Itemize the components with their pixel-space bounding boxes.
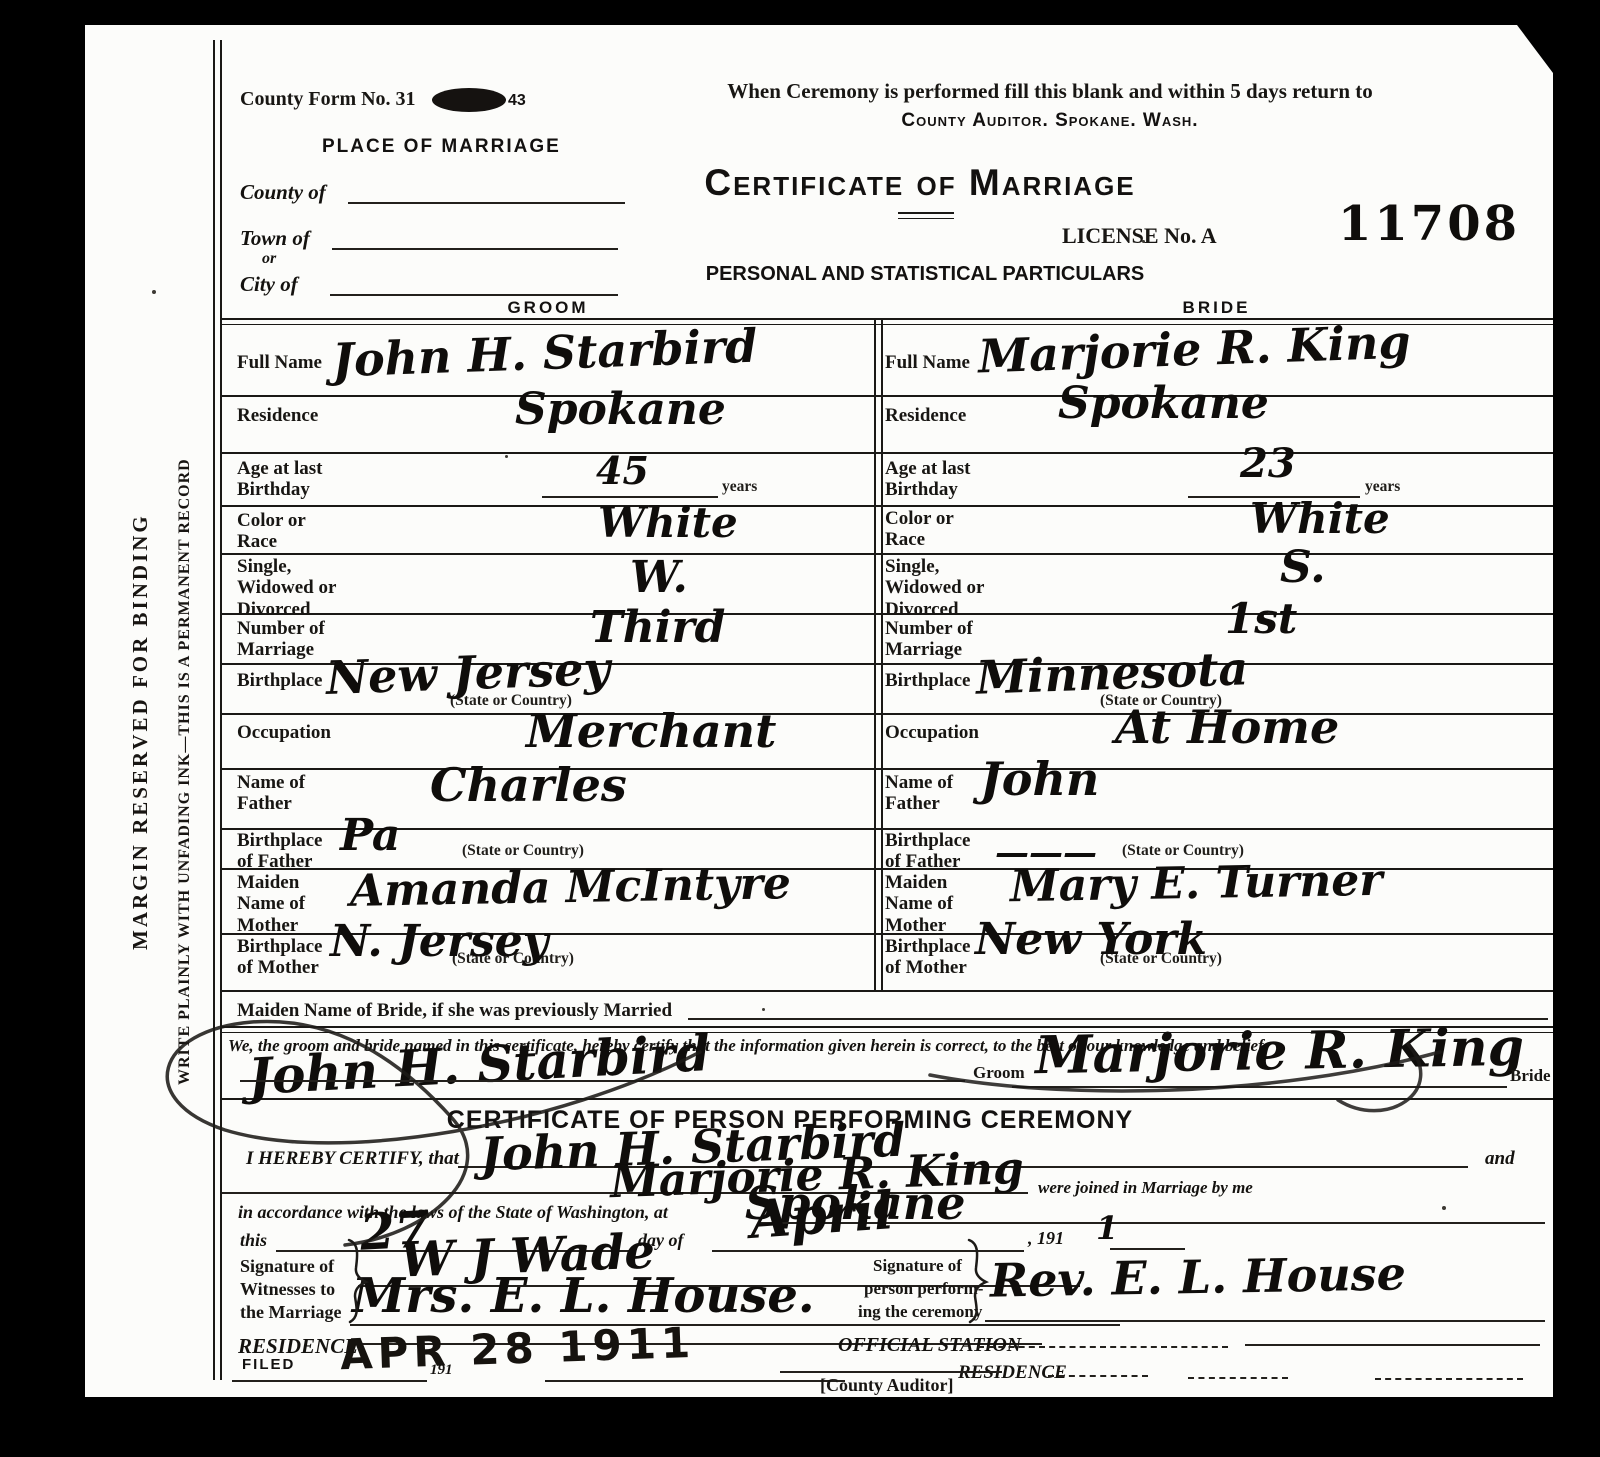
groom-signature-line: [240, 1080, 965, 1082]
accordance-label: in accordance with the laws of the State…: [238, 1202, 668, 1223]
witness-signature-2: Mrs. E. L. House.: [352, 1272, 815, 1320]
state-hint: (State or Country): [462, 842, 584, 860]
bride-age-label: Age at last Birthday: [885, 458, 995, 501]
officiant-label-line3: ing the ceremony: [858, 1302, 982, 1321]
officiant-signature: Rev. E. L. House: [990, 1250, 1407, 1303]
county-of-blank: [348, 202, 625, 204]
officiant-label-line1: Signature of: [873, 1256, 962, 1275]
officiant-residence-label: RESIDENCE: [958, 1362, 1067, 1384]
ornament-number: 43: [508, 92, 526, 110]
county-of-label: County of: [240, 180, 326, 205]
groom-father-birthplace-value: Pa: [340, 814, 400, 858]
groom-mother-name-value: Amanda McIntyre: [350, 862, 792, 914]
groom-father-name-label: Name of Father: [237, 772, 327, 815]
row-rule: [222, 768, 1553, 770]
groom-full-name-value: John H. Starbird: [331, 323, 758, 384]
particulars-subtitle: PERSONAL AND STATISTICAL PARTICULARS: [640, 263, 1210, 286]
license-number: 11708: [1338, 200, 1520, 248]
scan-speck: [152, 290, 156, 294]
place-of-marriage-heading: PLACE OF MARRIAGE: [322, 136, 561, 158]
groom-age-label: Age at last Birthday: [237, 458, 347, 501]
groom-signature-label: Groom: [973, 1063, 1025, 1082]
officiant-signature-line: [985, 1320, 1545, 1322]
groom-residence-value: Spokane: [515, 388, 726, 432]
groom-father-birthplace-label: Birthplace of Father: [237, 830, 342, 873]
scan-speck: [762, 1008, 765, 1011]
scan-speck: [505, 455, 508, 458]
groom-race-label: Color or Race: [237, 510, 332, 553]
hereby-certify-label: I HEREBY CERTIFY, that: [246, 1148, 459, 1170]
groom-marriage-number-value: Third: [590, 606, 725, 650]
row-rule: [222, 713, 1553, 715]
bride-residence-label: Residence: [885, 405, 1025, 426]
bride-signature: Marjorie R. King: [1035, 1022, 1525, 1083]
bride-marriage-number-value: 1st: [1225, 598, 1297, 640]
scan-speck: [1142, 240, 1145, 243]
groom-birthplace-value: New Jersey: [325, 645, 611, 701]
joined-in-marriage-label: were joined in Marriage by me: [1038, 1178, 1253, 1198]
city-of-label: City of: [240, 272, 298, 297]
filed-blank: [545, 1380, 845, 1382]
maiden-name-if-previously-married-label: Maiden Name of Bride, if she was previou…: [237, 1000, 672, 1021]
filed-label: FILED: [242, 1356, 295, 1373]
ceremony-month-value: April: [748, 1185, 895, 1247]
year-printed-label: , 191: [1028, 1228, 1064, 1249]
bride-full-name-value: Marjorie R. King: [977, 318, 1411, 379]
bride-father-name-value: John: [980, 756, 1099, 802]
row-rule: [222, 395, 1553, 397]
or-label: or: [262, 250, 276, 268]
town-of-label: Town of: [240, 226, 310, 251]
bride-birthplace-value: Minnesota: [975, 645, 1249, 700]
groom-race-value: White: [598, 502, 738, 544]
bride-mother-name-value: Mary E. Turner: [1010, 859, 1383, 909]
bride-signature-line: [1012, 1086, 1507, 1088]
county-auditor-line: County Auditor. Spokane. Wash.: [680, 110, 1420, 132]
groom-bride-divider-rule: [874, 318, 883, 990]
county-form-number: County Form No. 31: [240, 88, 416, 110]
bride-occupation-value: At Home: [1115, 704, 1339, 750]
section-rule: [222, 1098, 1553, 1100]
and-label: and: [1485, 1148, 1515, 1170]
bride-occupation-label: Occupation: [885, 722, 1015, 743]
bride-signature-label: Bride: [1510, 1066, 1551, 1085]
county-auditor-label: [County Auditor]: [820, 1375, 954, 1395]
groom-occupation-value: Merchant: [526, 708, 776, 754]
officiant-residence-blank: [1188, 1377, 1288, 1379]
row-rule: [222, 452, 1553, 454]
bride-mother-birthplace-value: New York: [975, 918, 1207, 962]
town-of-blank: [332, 248, 618, 250]
bride-race-value: White: [1250, 498, 1390, 540]
official-station-blank: [1245, 1344, 1540, 1346]
return-notice: When Ceremony is performed fill this bla…: [680, 80, 1420, 104]
groom-mother-name-label: Maiden Name of Mother: [237, 872, 332, 936]
groom-column-header: GROOM: [222, 298, 874, 318]
margin-permanent-record-text: WRITE PLAINLY WITH UNFADING INK—THIS IS …: [176, 355, 194, 1085]
bride-mother-name-label: Maiden Name of Mother: [885, 872, 980, 936]
binding-margin-rule: [213, 40, 222, 1380]
bride-column-header: BRIDE: [883, 298, 1550, 318]
official-station-blank: [978, 1346, 1228, 1348]
filed-blank: [232, 1380, 427, 1382]
title-underscore-rule: [898, 212, 954, 219]
groom-occupation-label: Occupation: [237, 722, 367, 743]
groom-father-name-value: Charles: [430, 762, 627, 808]
bride-marital-status-label: Single, Widowed or Divorced: [885, 556, 1000, 620]
row-rule: [222, 990, 1553, 992]
groom-residence-label: Residence: [237, 405, 377, 426]
margin-binding-text: MARGIN RESERVED FOR BINDING: [128, 430, 153, 950]
bride-father-name-label: Name of Father: [885, 772, 975, 815]
officiant-residence-blank: [1048, 1375, 1148, 1377]
years-label: years: [722, 478, 757, 496]
witness-label-line1: Signature of: [240, 1256, 334, 1276]
groom-mother-birthplace-label: Birthplace of Mother: [237, 936, 342, 979]
county-auditor-line: [780, 1371, 1002, 1373]
bride-age-value: 23: [1240, 444, 1296, 484]
city-of-blank: [330, 294, 618, 296]
bride-marital-status-value: S.: [1280, 546, 1326, 590]
bride-race-label: Color or Race: [885, 508, 980, 551]
this-label: this: [240, 1230, 267, 1251]
certificate-title: Certificate of Marriage: [620, 162, 1220, 204]
groom-marital-status-label: Single, Widowed or Divorced: [237, 556, 352, 620]
filed-year-printed: 191: [430, 1362, 453, 1379]
scan-speck: [1442, 1206, 1446, 1210]
groom-marital-status-value: W.: [630, 556, 688, 600]
scanned-marriage-certificate: { "margin": { "binding": "MARGIN RESERVE…: [0, 0, 1600, 1457]
license-label: LICENSE No. A: [1062, 224, 1217, 249]
bride-father-birthplace-label: Birthplace of Father: [885, 830, 990, 873]
ceremony-year-digit: 1: [1096, 1212, 1118, 1244]
bride-residence-value: Spokane: [1058, 382, 1269, 426]
officiant-label-line2: person perform-: [864, 1279, 983, 1298]
row-rule: [222, 553, 1553, 555]
printer-union-ornament-icon: [432, 88, 506, 112]
officiant-residence-blank: [1375, 1378, 1523, 1380]
witness-label-line3: the Marriage: [240, 1302, 341, 1322]
witness-label-line2: Witnesses to: [240, 1279, 335, 1299]
groom-mother-birthplace-value: N. Jersey: [330, 920, 548, 964]
groom-age-value: 45: [596, 452, 649, 490]
